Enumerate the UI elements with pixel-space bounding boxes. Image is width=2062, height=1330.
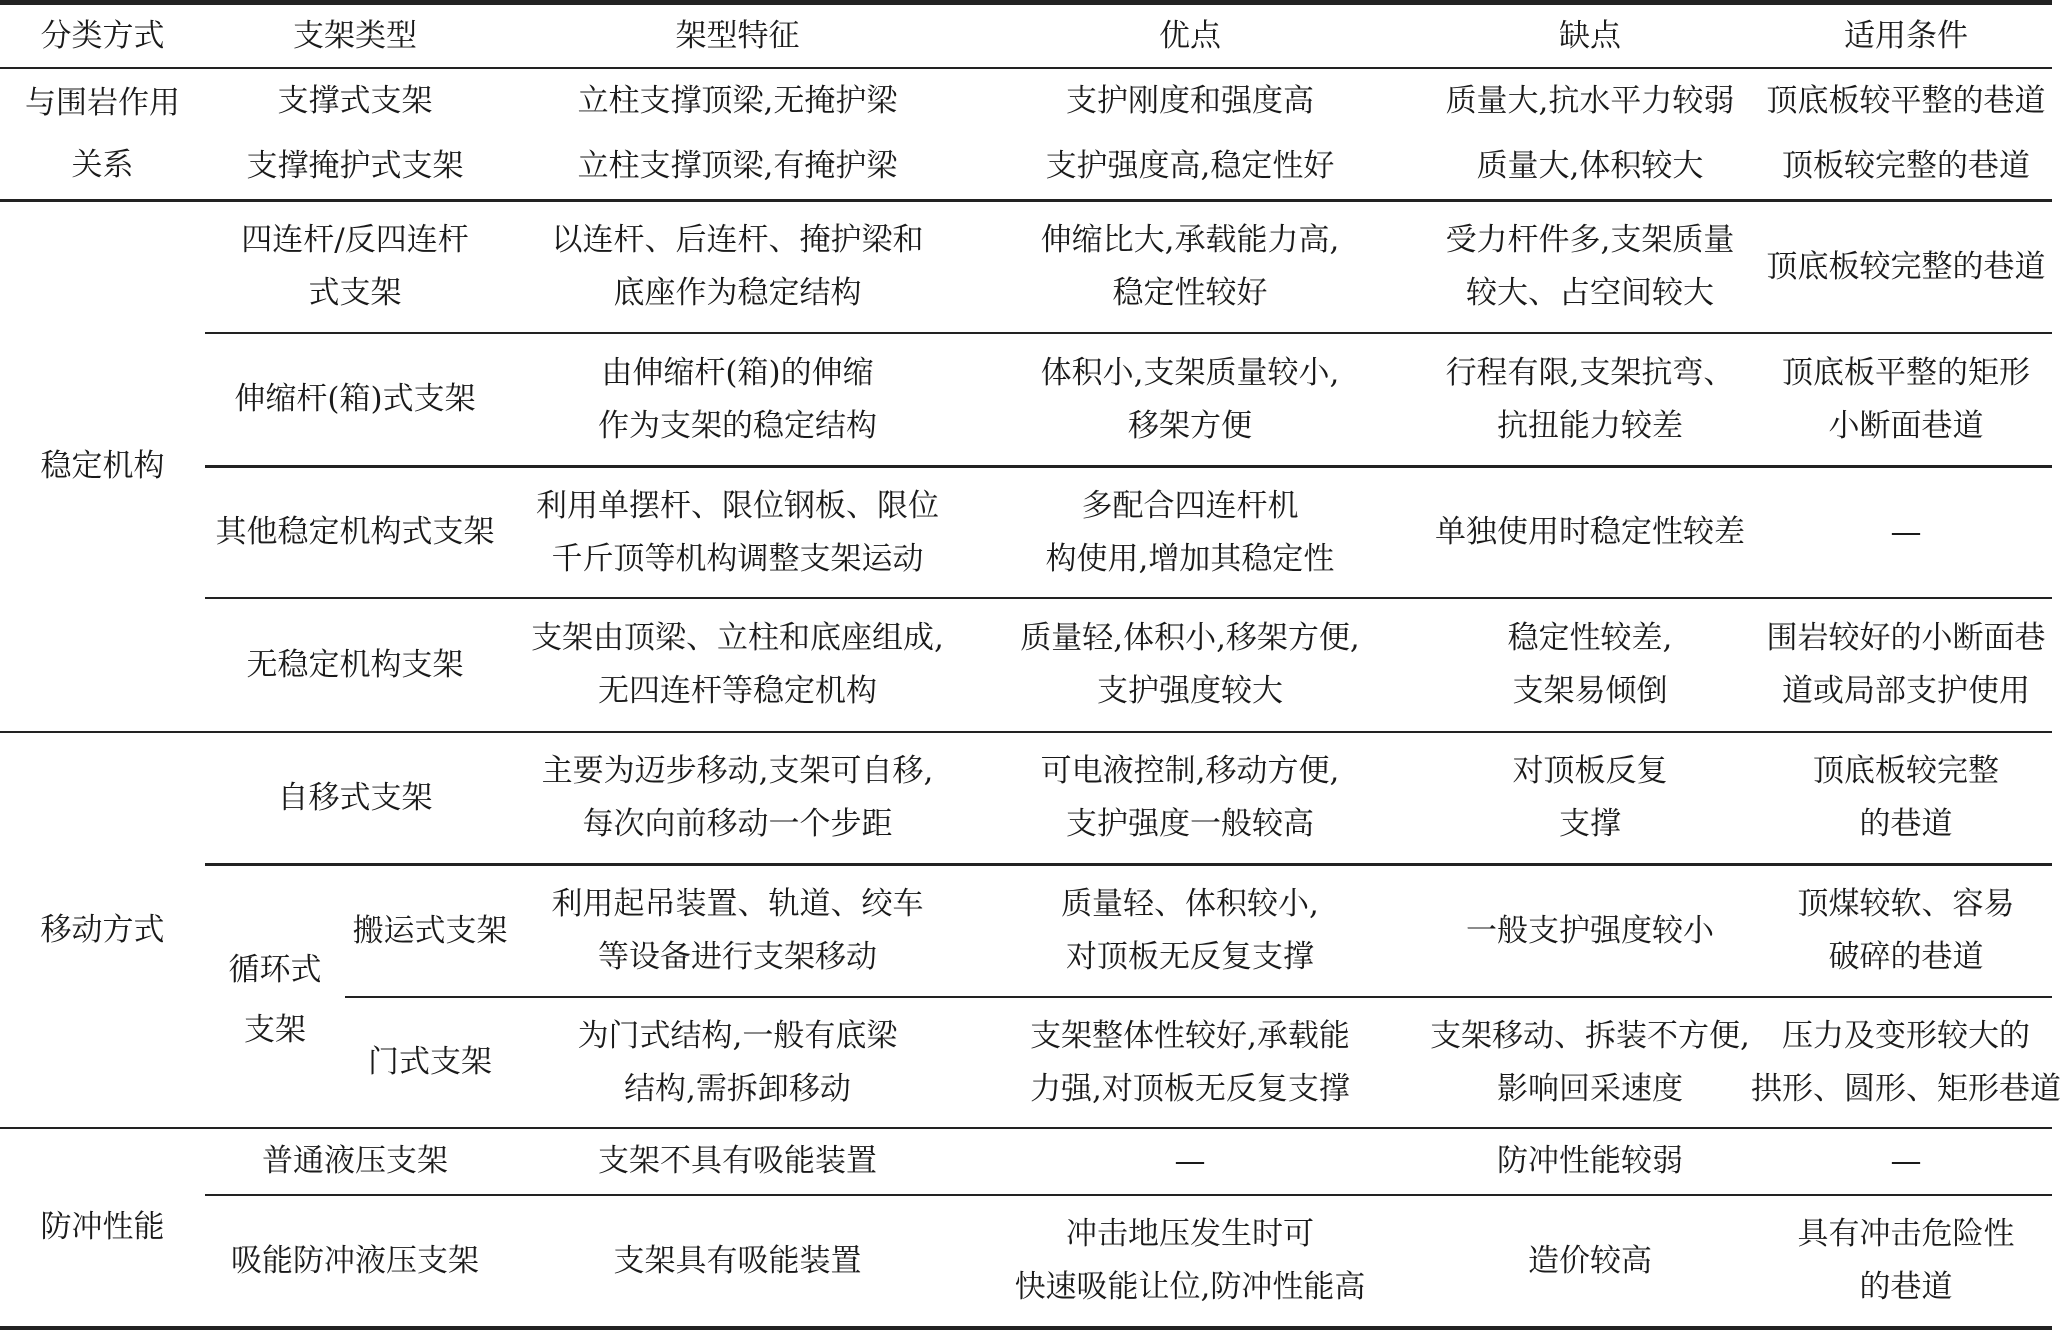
cell-text: 千斤顶等机构调整支架运动 xyxy=(552,533,924,586)
cell-text: 支架具有吸能装置 xyxy=(614,1235,862,1288)
type-cell: 吸能防冲液压支架 xyxy=(205,1196,505,1326)
cell-text: 多配合四连杆机 xyxy=(1082,480,1299,533)
cell-text: 为门式结构,一般有底梁 xyxy=(578,1010,898,1063)
cell-text: 质量轻,体积小,移架方便, xyxy=(1020,612,1360,665)
category-line: 移动方式 xyxy=(41,904,165,957)
pros-cell: 伸缩比大,承载能力高,稳定性较好 xyxy=(960,202,1420,332)
cell-text: 影响回采速度 xyxy=(1497,1063,1683,1116)
conditions-cell: 顶煤较软、容易破碎的巷道 xyxy=(1760,866,2052,996)
cell-text: 由伸缩杆(箱)的伸缩 xyxy=(601,347,873,400)
cons-cell: 行程有限,支架抗弯、抗扭能力较差 xyxy=(1420,334,1760,465)
cell-text: 顶底板较完整 xyxy=(1813,745,1999,798)
cell-text: 底座作为稳定结构 xyxy=(614,267,862,320)
header-label: 适用条件 xyxy=(1844,10,1968,63)
cell-text: 支护强度高,稳定性好 xyxy=(1046,140,1335,193)
cell-text: 的巷道 xyxy=(1860,798,1953,851)
category-cell: 与围岩作用 关系 xyxy=(0,69,205,199)
cell-text: 力强,对顶板无反复支撑 xyxy=(1030,1063,1350,1116)
conditions-cell: — xyxy=(1760,468,2052,597)
conditions-cell: 顶底板较完整的巷道 xyxy=(1760,202,2052,332)
subcategory-line: 循环式 xyxy=(229,940,322,1000)
cell-text: 支架移动、拆装不方便, xyxy=(1430,1010,1750,1063)
cell-text: 质量大,抗水平力较弱 xyxy=(1446,75,1735,128)
cell-text: — xyxy=(1175,1135,1206,1188)
category-cell: 移动方式 xyxy=(0,733,205,1127)
cell-text: 支架由顶梁、立柱和底座组成, xyxy=(531,612,944,665)
cell-text: 顶底板较平整的巷道 xyxy=(1767,75,2046,128)
type-cell: 四连杆/反四连杆式支架 xyxy=(205,202,505,332)
feature-cell: 支架由顶梁、立柱和底座组成,无四连杆等稳定机构 xyxy=(515,599,960,731)
cell-text: 质量大,体积较大 xyxy=(1477,140,1704,193)
type-cell: 无稳定机构支架 xyxy=(205,599,505,731)
type-cell: 普通液压支架 xyxy=(205,1129,505,1194)
cell-text: 对顶板反复 xyxy=(1513,745,1668,798)
cell-text: 伸缩比大,承载能力高, xyxy=(1041,214,1340,267)
pros-cell: 冲击地压发生时可快速吸能让位,防冲性能高 xyxy=(960,1196,1420,1326)
feature-cell: 由伸缩杆(箱)的伸缩作为支架的稳定结构 xyxy=(515,334,960,465)
cell-text: 道或局部支护使用 xyxy=(1782,665,2030,718)
cell-text: 对顶板无反复支撑 xyxy=(1066,931,1314,984)
pros-cell: 支护强度高,稳定性好 xyxy=(960,134,1420,199)
cons-cell: 受力杆件多,支架质量较大、占空间较大 xyxy=(1420,202,1760,332)
cell-text: 支撑式支架 xyxy=(278,75,433,128)
cell-text: 构使用,增加其稳定性 xyxy=(1046,533,1335,586)
cell-text: 普通液压支架 xyxy=(262,1135,448,1188)
feature-cell: 为门式结构,一般有底梁结构,需拆卸移动 xyxy=(515,998,960,1127)
conditions-cell: — xyxy=(1760,1129,2052,1194)
type-cell: 其他稳定机构式支架 xyxy=(205,468,505,597)
header-support-type: 支架类型 xyxy=(205,5,505,67)
header-label: 支架类型 xyxy=(293,10,417,63)
category-line: 防冲性能 xyxy=(41,1201,165,1254)
cell-text: 质量轻、体积较小, xyxy=(1061,878,1319,931)
conditions-cell: 顶底板较完整的巷道 xyxy=(1760,733,2052,863)
cell-text: 利用单摆杆、限位钢板、限位 xyxy=(536,480,939,533)
cell-text: 支架易倾倒 xyxy=(1513,665,1668,718)
category-line: 与围岩作用 xyxy=(25,72,180,134)
cell-text: 式支架 xyxy=(309,267,402,320)
pros-cell: 支架整体性较好,承载能力强,对顶板无反复支撑 xyxy=(960,998,1420,1127)
type-cell: 自移式支架 xyxy=(205,733,505,863)
cell-text: 伸缩杆(箱)式支架 xyxy=(234,373,475,426)
conditions-cell: 具有冲击危险性的巷道 xyxy=(1760,1196,2052,1326)
cell-text: 顶煤较软、容易 xyxy=(1798,878,2015,931)
pros-cell: 质量轻、体积较小,对顶板无反复支撑 xyxy=(960,866,1420,996)
cell-text: 等设备进行支架移动 xyxy=(598,931,877,984)
feature-cell: 利用单摆杆、限位钢板、限位千斤顶等机构调整支架运动 xyxy=(515,468,960,597)
cell-text: — xyxy=(1891,506,1922,559)
cell-text: 受力杆件多,支架质量 xyxy=(1446,214,1735,267)
category-line: 稳定机构 xyxy=(41,440,165,493)
cons-cell: 支架移动、拆装不方便,影响回采速度 xyxy=(1420,998,1760,1127)
cell-text: 支架整体性较好,承载能 xyxy=(1030,1010,1350,1063)
pros-cell: 可电液控制,移动方便,支护强度一般较高 xyxy=(960,733,1420,863)
cell-text: 其他稳定机构式支架 xyxy=(216,506,495,559)
cell-text: 自移式支架 xyxy=(278,772,433,825)
cons-cell: 质量大,抗水平力较弱 xyxy=(1420,69,1760,134)
feature-cell: 支架具有吸能装置 xyxy=(515,1196,960,1326)
cell-text: 移架方便 xyxy=(1128,400,1252,453)
cell-text: 支护强度较大 xyxy=(1097,665,1283,718)
conditions-cell: 顶板较完整的巷道 xyxy=(1760,134,2052,199)
cell-text: 造价较高 xyxy=(1528,1235,1652,1288)
header-cons: 缺点 xyxy=(1420,5,1760,67)
feature-cell: 立柱支撑顶梁,无掩护梁 xyxy=(515,69,960,134)
cell-text: 顶底板平整的矩形 xyxy=(1782,347,2030,400)
cons-cell: 对顶板反复支撑 xyxy=(1420,733,1760,863)
feature-cell: 主要为迈步移动,支架可自移,每次向前移动一个步距 xyxy=(515,733,960,863)
cell-text: 无四连杆等稳定机构 xyxy=(598,665,877,718)
cell-text: 以连杆、后连杆、掩护梁和 xyxy=(552,214,924,267)
cell-text: 行程有限,支架抗弯、 xyxy=(1446,347,1735,400)
cell-text: 无稳定机构支架 xyxy=(247,639,464,692)
header-pros: 优点 xyxy=(960,5,1420,67)
subcategory-line: 支架 xyxy=(244,1000,306,1060)
header-label: 架型特征 xyxy=(676,10,800,63)
subcategory-cell: 循环式 支架 xyxy=(205,866,345,1127)
type-cell: 支撑掩护式支架 xyxy=(205,134,505,199)
header-label: 分类方式 xyxy=(41,10,165,63)
cell-text: 的巷道 xyxy=(1860,1261,1953,1314)
cell-text: 稳定性较差, xyxy=(1508,612,1673,665)
cons-cell: 单独使用时稳定性较差 xyxy=(1420,468,1760,597)
cell-text: 防冲性能较弱 xyxy=(1497,1135,1683,1188)
cons-cell: 一般支护强度较小 xyxy=(1420,866,1760,996)
conditions-cell: 顶底板较平整的巷道 xyxy=(1760,69,2052,134)
feature-cell: 支架不具有吸能装置 xyxy=(515,1129,960,1194)
cell-text: 立柱支撑顶梁,无掩护梁 xyxy=(578,75,898,128)
cell-text: 顶底板较完整的巷道 xyxy=(1767,241,2046,294)
header-label: 缺点 xyxy=(1559,10,1621,63)
conditions-cell: 压力及变形较大的拱形、圆形、矩形巷道 xyxy=(1760,998,2052,1127)
cell-text: 搬运式支架 xyxy=(353,905,508,958)
conditions-cell: 顶底板平整的矩形小断面巷道 xyxy=(1760,334,2052,465)
cell-text: 可电液控制,移动方便, xyxy=(1041,745,1340,798)
cell-text: 抗扭能力较差 xyxy=(1497,400,1683,453)
cell-text: 顶板较完整的巷道 xyxy=(1782,140,2030,193)
cell-text: 门式支架 xyxy=(368,1036,492,1089)
cell-text: 利用起吊装置、轨道、绞车 xyxy=(552,878,924,931)
cell-text: 快速吸能让位,防冲性能高 xyxy=(1015,1261,1366,1314)
type-cell: 搬运式支架 xyxy=(345,866,515,996)
cell-text: 立柱支撑顶梁,有掩护梁 xyxy=(578,140,898,193)
category-cell: 稳定机构 xyxy=(0,202,205,731)
cell-text: 稳定性较好 xyxy=(1113,267,1268,320)
pros-cell: 质量轻,体积小,移架方便,支护强度较大 xyxy=(960,599,1420,731)
header-conditions: 适用条件 xyxy=(1760,5,2052,67)
cell-text: 吸能防冲液压支架 xyxy=(231,1235,479,1288)
pros-cell: 体积小,支架质量较小,移架方便 xyxy=(960,334,1420,465)
cell-text: 支护刚度和强度高 xyxy=(1066,75,1314,128)
cell-text: 支架不具有吸能装置 xyxy=(598,1135,877,1188)
cell-text: 压力及变形较大的 xyxy=(1782,1010,2030,1063)
cell-text: 作为支架的稳定结构 xyxy=(598,400,877,453)
header-category: 分类方式 xyxy=(0,5,205,67)
cons-cell: 造价较高 xyxy=(1420,1196,1760,1326)
category-cell: 防冲性能 xyxy=(0,1129,205,1326)
feature-cell: 立柱支撑顶梁,有掩护梁 xyxy=(515,134,960,199)
cell-text: 一般支护强度较小 xyxy=(1466,905,1714,958)
cell-text: 较大、占空间较大 xyxy=(1466,267,1714,320)
pros-cell: 支护刚度和强度高 xyxy=(960,69,1420,134)
feature-cell: 利用起吊装置、轨道、绞车等设备进行支架移动 xyxy=(515,866,960,996)
cell-text: 主要为迈步移动,支架可自移, xyxy=(542,745,934,798)
cell-text: 破碎的巷道 xyxy=(1829,931,1984,984)
cell-text: 小断面巷道 xyxy=(1829,400,1984,453)
feature-cell: 以连杆、后连杆、掩护梁和底座作为稳定结构 xyxy=(515,202,960,332)
cell-text: 支撑掩护式支架 xyxy=(247,140,464,193)
cell-text: 围岩较好的小断面巷 xyxy=(1767,612,2046,665)
cell-text: 冲击地压发生时可 xyxy=(1066,1208,1314,1261)
cons-cell: 稳定性较差,支架易倾倒 xyxy=(1420,599,1760,731)
cell-text: 支撑 xyxy=(1559,798,1621,851)
cell-text: 具有冲击危险性 xyxy=(1798,1208,2015,1261)
cons-cell: 质量大,体积较大 xyxy=(1420,134,1760,199)
pros-cell: 多配合四连杆机构使用,增加其稳定性 xyxy=(960,468,1420,597)
cell-text: 拱形、圆形、矩形巷道 xyxy=(1751,1063,2061,1116)
type-cell: 门式支架 xyxy=(345,998,515,1127)
cell-text: 结构,需拆卸移动 xyxy=(624,1063,851,1116)
cell-text: — xyxy=(1891,1135,1922,1188)
pros-cell: — xyxy=(960,1129,1420,1194)
conditions-cell: 围岩较好的小断面巷道或局部支护使用 xyxy=(1760,599,2052,731)
cell-text: 支护强度一般较高 xyxy=(1066,798,1314,851)
type-cell: 支撑式支架 xyxy=(205,69,505,134)
category-line: 关系 xyxy=(72,134,134,196)
cell-text: 四连杆/反四连杆 xyxy=(241,214,468,267)
cons-cell: 防冲性能较弱 xyxy=(1420,1129,1760,1194)
table-bottom-rule xyxy=(0,1326,2052,1330)
cell-text: 体积小,支架质量较小, xyxy=(1041,347,1340,400)
type-cell: 伸缩杆(箱)式支架 xyxy=(205,334,505,465)
cell-text: 每次向前移动一个步距 xyxy=(583,798,893,851)
cell-text: 单独使用时稳定性较差 xyxy=(1435,506,1745,559)
header-label: 优点 xyxy=(1159,10,1221,63)
header-feature: 架型特征 xyxy=(515,5,960,67)
